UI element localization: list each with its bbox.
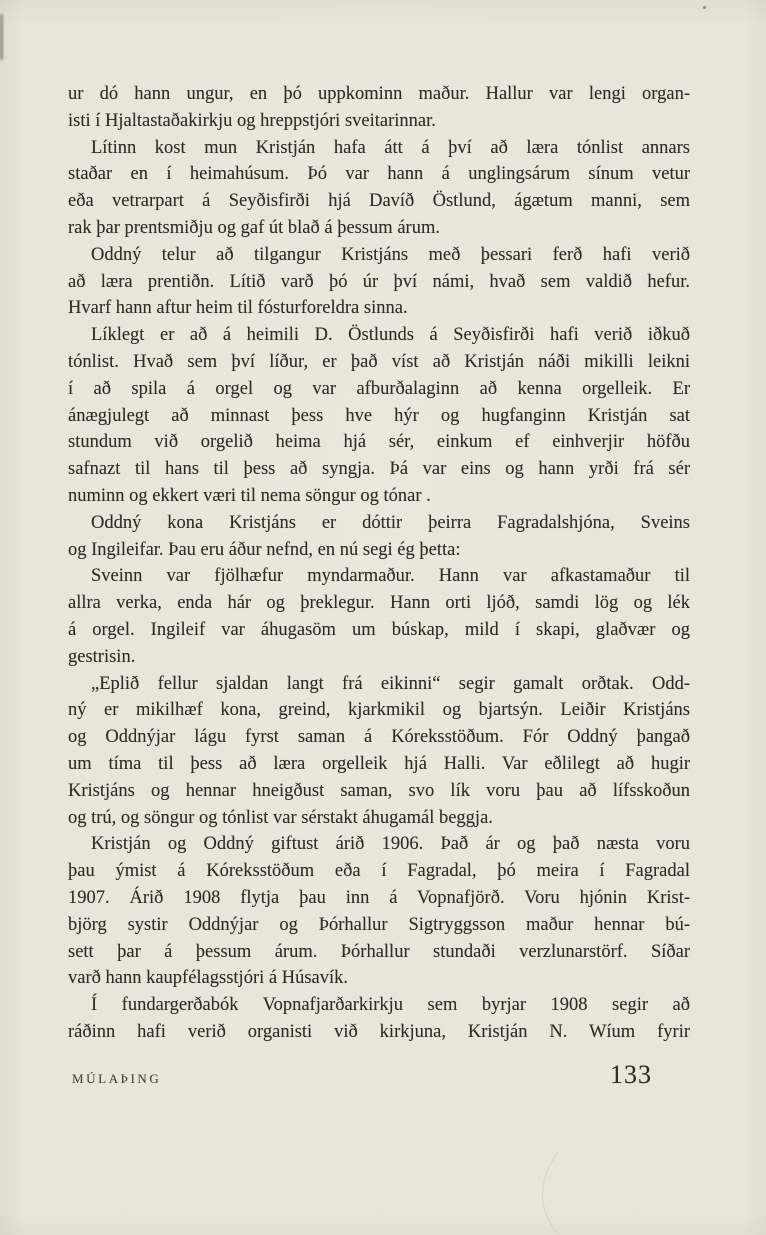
text-line: og Oddnýjar lágu fyrst saman á Kóreksstö… bbox=[68, 724, 690, 751]
scanned-page: ur dó hann ungur, en þó uppkominn maður.… bbox=[0, 0, 766, 1235]
text-line: í að spila á orgel og var afburðalaginn … bbox=[68, 376, 690, 403]
text-line: eða vetrarpart á Seyðisfirði hjá Davíð Ö… bbox=[68, 188, 690, 215]
text-line: að læra prentiðn. Lítið varð þó úr því n… bbox=[68, 269, 690, 296]
text-line: Kristján og Oddný giftust árið 1906. Það… bbox=[68, 831, 690, 858]
text-block: ur dó hann ungur, en þó uppkominn maður.… bbox=[68, 81, 690, 1046]
text-line: ánægjulegt að minnast þess hve hýr og hu… bbox=[68, 403, 690, 430]
text-line: Oddný telur að tilgangur Kristjáns með þ… bbox=[68, 242, 690, 269]
text-line: og trú, og söngur og tónlist var sérstak… bbox=[68, 805, 690, 832]
text-line: Lítinn kost mun Kristján hafa átt á því … bbox=[68, 135, 690, 162]
paper-speck bbox=[703, 6, 706, 9]
text-line: 1907. Árið 1908 flytja þau inn á Vopnafj… bbox=[68, 885, 690, 912]
text-line: „Eplið fellur sjaldan langt frá eikinni“… bbox=[68, 671, 690, 698]
text-line: Oddný kona Kristjáns er dóttir þeirra Fa… bbox=[68, 510, 690, 537]
text-line: sett þar á þessum árum. Þórhallur stunda… bbox=[68, 939, 690, 966]
text-line: stundum við orgelið heima hjá sér, einku… bbox=[68, 429, 690, 456]
text-line: Í fundargerðabók Vopnafjarðarkirkju sem … bbox=[68, 992, 690, 1019]
text-line: ný er mikilhæf kona, greind, kjarkmikil … bbox=[68, 697, 690, 724]
text-line: gestrisin. bbox=[68, 644, 690, 671]
text-line: Kristjáns og hennar hneigðust saman, svo… bbox=[68, 778, 690, 805]
text-line: allra verka, enda hár og þreklegur. Hann… bbox=[68, 590, 690, 617]
text-line: og Ingileifar. Þau eru áður nefnd, en nú… bbox=[68, 537, 690, 564]
text-line: björg systir Oddnýjar og Þórhallur Sigtr… bbox=[68, 912, 690, 939]
scan-edge-artifact bbox=[0, 14, 3, 60]
text-line: þau ýmist á Kóreksstöðum eða í Fagradal,… bbox=[68, 858, 690, 885]
text-line: safnazt til hans til þess að syngja. Þá … bbox=[68, 456, 690, 483]
page-number: 133 bbox=[610, 1060, 652, 1090]
text-line: tónlist. Hvað sem því líður, er það víst… bbox=[68, 349, 690, 376]
text-line: um tíma til þess að læra orgelleik hjá H… bbox=[68, 751, 690, 778]
text-line: varð hann kaupfélagsstjóri á Húsavík. bbox=[68, 965, 690, 992]
text-line: numinn og ekkert væri til nema söngur og… bbox=[68, 483, 690, 510]
paper-crease bbox=[530, 1150, 600, 1235]
text-line: ráðinn hafi verið organisti við kirkjuna… bbox=[68, 1019, 690, 1046]
text-line: staðar en í heimahúsum. Þó var hann á un… bbox=[68, 161, 690, 188]
text-line: Hvarf hann aftur heim til fósturforeldra… bbox=[68, 295, 690, 322]
journal-title: MÚLAÞING bbox=[72, 1071, 161, 1087]
text-line: ur dó hann ungur, en þó uppkominn maður.… bbox=[68, 81, 690, 108]
text-line: á orgel. Ingileif var áhugasöm um búskap… bbox=[68, 617, 690, 644]
text-line: rak þar prentsmiðju og gaf út blað á þes… bbox=[68, 215, 690, 242]
text-line: Sveinn var fjölhæfur myndarmaður. Hann v… bbox=[68, 563, 690, 590]
text-line: Líklegt er að á heimili D. Östlunds á Se… bbox=[68, 322, 690, 349]
page-footer: MÚLAÞING 133 bbox=[72, 1060, 691, 1090]
text-line: isti í Hjaltastaðakirkju og hreppstjóri … bbox=[68, 108, 690, 135]
